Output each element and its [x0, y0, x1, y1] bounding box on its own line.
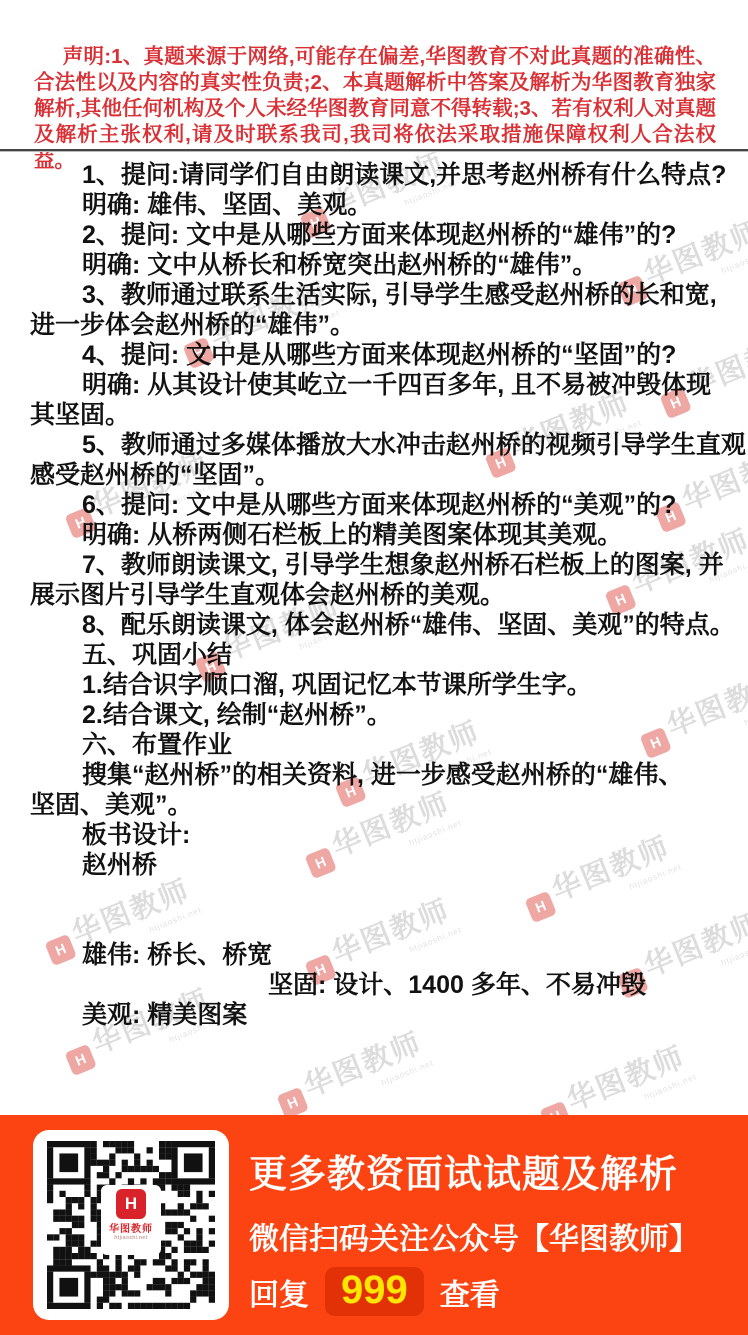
watermark-subtext: htjiaoshi.net: [743, 698, 748, 727]
disclaimer-label: 声明:: [63, 45, 111, 68]
body-line: [30, 910, 730, 940]
body-line: 8、配乐朗读课文, 体会赵州桥“雄伟、坚固、美观”的特点。: [30, 610, 730, 640]
reply-code-badge: 999: [325, 1267, 424, 1316]
body-line: 3、教师通过联系生活实际, 引导学生感受赵州桥的长和宽,: [30, 280, 730, 310]
huatu-logo-text: 华图教师: [101, 1220, 161, 1235]
body-line: 五、巩固小结: [30, 640, 730, 670]
body-line: 4、提问: 文中是从哪些方面来体现赵州桥的“坚固”的?: [30, 340, 730, 370]
document-body: 1、提问:请同学们自由朗读课文,并思考赵州桥有什么特点?明确: 雄伟、坚固、美观…: [30, 160, 730, 1030]
body-line: 明确: 文中从桥长和桥宽突出赵州桥的“雄伟”。: [30, 250, 730, 280]
body-line: 六、布置作业: [30, 730, 730, 760]
body-line: 6、提问: 文中是从哪些方面来体现赵州桥的“美观”的?: [30, 490, 730, 520]
body-line: 1、提问:请同学们自由朗读课文,并思考赵州桥有什么特点?: [30, 160, 730, 190]
watermark: H华图教师htjiaoshi.net: [269, 1021, 428, 1119]
huatu-logo-icon: H: [116, 1189, 146, 1219]
body-line: 其坚固。: [30, 400, 730, 430]
view-label: 查看: [440, 1270, 500, 1314]
promo-text-block: 更多教资面试试题及解析 微信扫码关注公众号【华图教师】 回复 999 查看: [249, 1115, 729, 1335]
body-line: 2.结合课文, 绘制“赵州桥”。: [30, 700, 730, 730]
body-line: 5、教师通过多媒体播放大水冲击赵州桥的视频引导学生直观: [30, 430, 730, 460]
body-line: 坚固、美观”。: [30, 790, 730, 820]
body-line: 进一步体会赵州桥的“雄伟”。: [30, 310, 730, 340]
promo-title: 更多教资面试试题及解析: [249, 1143, 678, 1198]
body-line: 1.结合识字顺口溜, 巩固记忆本节课所学生字。: [30, 670, 730, 700]
watermark-text: 华图教师: [297, 1021, 427, 1105]
watermark-subtext: htjiaoshi.net: [643, 1072, 698, 1101]
qr-code: H 华图教师 htjiaoshi.net: [33, 1130, 229, 1320]
body-line: [30, 880, 730, 910]
body-line: 雄伟: 桥长、桥宽: [30, 940, 730, 970]
body-line: 2、提问: 文中是从哪些方面来体现赵州桥的“雄伟”的?: [30, 220, 730, 250]
watermark-logo-icon: H: [64, 1044, 97, 1077]
body-line: 搜集“赵州桥”的相关资料, 进一步感受赵州桥的“雄伟、: [30, 760, 730, 790]
section-divider: [0, 149, 748, 151]
body-line: 明确: 雄伟、坚固、美观。: [30, 190, 730, 220]
body-line: 美观: 精美图案: [30, 1000, 730, 1030]
document-page: H华图教师htjiaoshi.netH华图教师htjiaoshi.netH华图教…: [0, 0, 748, 1335]
body-line: 感受赵州桥的“坚固”。: [30, 460, 730, 490]
body-line: 赵州桥: [30, 850, 730, 880]
huatu-logo: H 华图教师 htjiaoshi.net: [101, 1185, 161, 1255]
disclaimer: 声明:1、真题来源于网络,可能存在偏差,华图教育不对此真题的准确性、合法性以及内…: [34, 44, 716, 174]
body-line: 明确: 从桥两侧石栏板上的精美图案体现其美观。: [30, 520, 730, 550]
promo-reply-row: 回复 999 查看: [249, 1267, 500, 1316]
body-line: 明确: 从其设计使其屹立一千四百多年, 且不易被冲毁体现: [30, 370, 730, 400]
watermark-text: 华图教师: [560, 1035, 690, 1119]
promo-banner: H 华图教师 htjiaoshi.net 更多教资面试试题及解析 微信扫码关注公…: [0, 1115, 748, 1335]
body-line: 坚固: 设计、1400 多年、不易冲毁: [30, 970, 730, 1000]
disclaimer-text: 1、真题来源于网络,可能存在偏差,华图教育不对此真题的准确性、合法性以及内容的真…: [34, 45, 716, 172]
huatu-logo-subtext: htjiaoshi.net: [101, 1235, 161, 1241]
promo-subtitle: 微信扫码关注公众号【华图教师】: [249, 1214, 699, 1258]
reply-label: 回复: [249, 1270, 309, 1314]
watermark-subtext: htjiaoshi.net: [380, 1058, 435, 1087]
body-line: 展示图片引导学生直观体会赵州桥的美观。: [30, 580, 730, 610]
body-line: 7、教师朗读课文, 引导学生想象赵州桥石栏板上的图案, 并: [30, 550, 730, 580]
body-line: 板书设计:: [30, 820, 730, 850]
